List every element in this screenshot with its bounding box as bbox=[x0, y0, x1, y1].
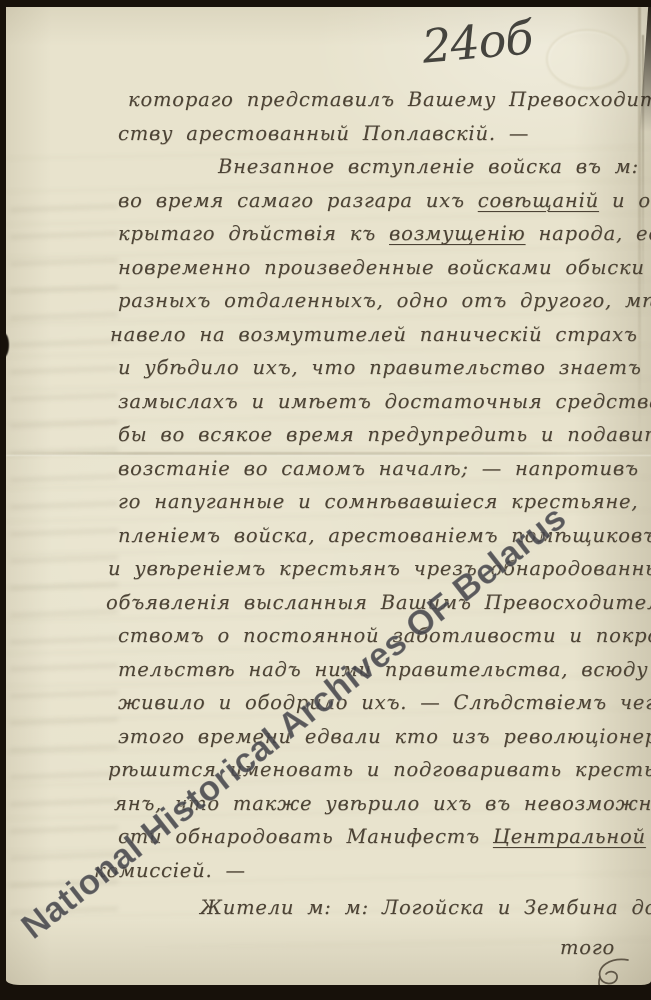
manuscript-line: объявленія высланныя Вашимъ Превосходите… bbox=[106, 591, 651, 614]
manuscript-line: замыслахъ и имѣетъ достаточныя средства,… bbox=[118, 390, 651, 413]
manuscript-line: новременно произведенные войсками обыски… bbox=[118, 256, 651, 279]
catchword-flourish bbox=[592, 955, 634, 985]
manuscript-line: крытаго дѣйствія къ возмущенію народа, е… bbox=[118, 222, 651, 245]
manuscript-line: навело на возмутителей паническій страхъ bbox=[110, 323, 638, 346]
manuscript-line: Внезапное вступленіе войска въ м: Логойс… bbox=[218, 155, 651, 178]
scanned-page: 24об котораго представилъ Вашему Превосх… bbox=[0, 0, 651, 1000]
manuscript-line: этого времени едвали кто изъ революціоне… bbox=[118, 725, 651, 748]
manuscript-line: го напуганные и сомнѣвавшіеся крестьяне,… bbox=[118, 490, 651, 513]
manuscript-line: котораго представилъ Вашему Превосходите… bbox=[128, 88, 651, 111]
manuscript-line: и убѣдило ихъ, что правительство знаетъ … bbox=[118, 356, 651, 379]
manuscript-line: возстаніе во самомъ началѣ; — напротивъ … bbox=[118, 457, 651, 480]
manuscript-line: Жители м: м: Логойска и Зембина до bbox=[200, 896, 651, 919]
manuscript-line: ству арестованный Поплавскій. — bbox=[118, 122, 529, 145]
manuscript-line: разныхъ отдаленныхъ, одно отъ другого, м… bbox=[118, 289, 651, 312]
folio-number: 24об bbox=[420, 10, 535, 73]
manuscript-line: бы во всякое время предупредить и подави… bbox=[118, 423, 651, 446]
manuscript-line: сти обнародовать Манифестъ Центральной bbox=[118, 825, 646, 848]
manuscript-line: во время самаго разгара ихъ совѣщаній и … bbox=[118, 189, 651, 212]
manuscript-line: и увѣреніемъ крестьянъ чрезъ обнародован… bbox=[108, 557, 651, 580]
paper: 24об котораго представилъ Вашему Превосх… bbox=[6, 7, 651, 985]
manuscript-line: живило и ободрило ихъ. — Слѣдствіемъ чег… bbox=[118, 691, 651, 714]
blind-stamp bbox=[546, 29, 628, 89]
